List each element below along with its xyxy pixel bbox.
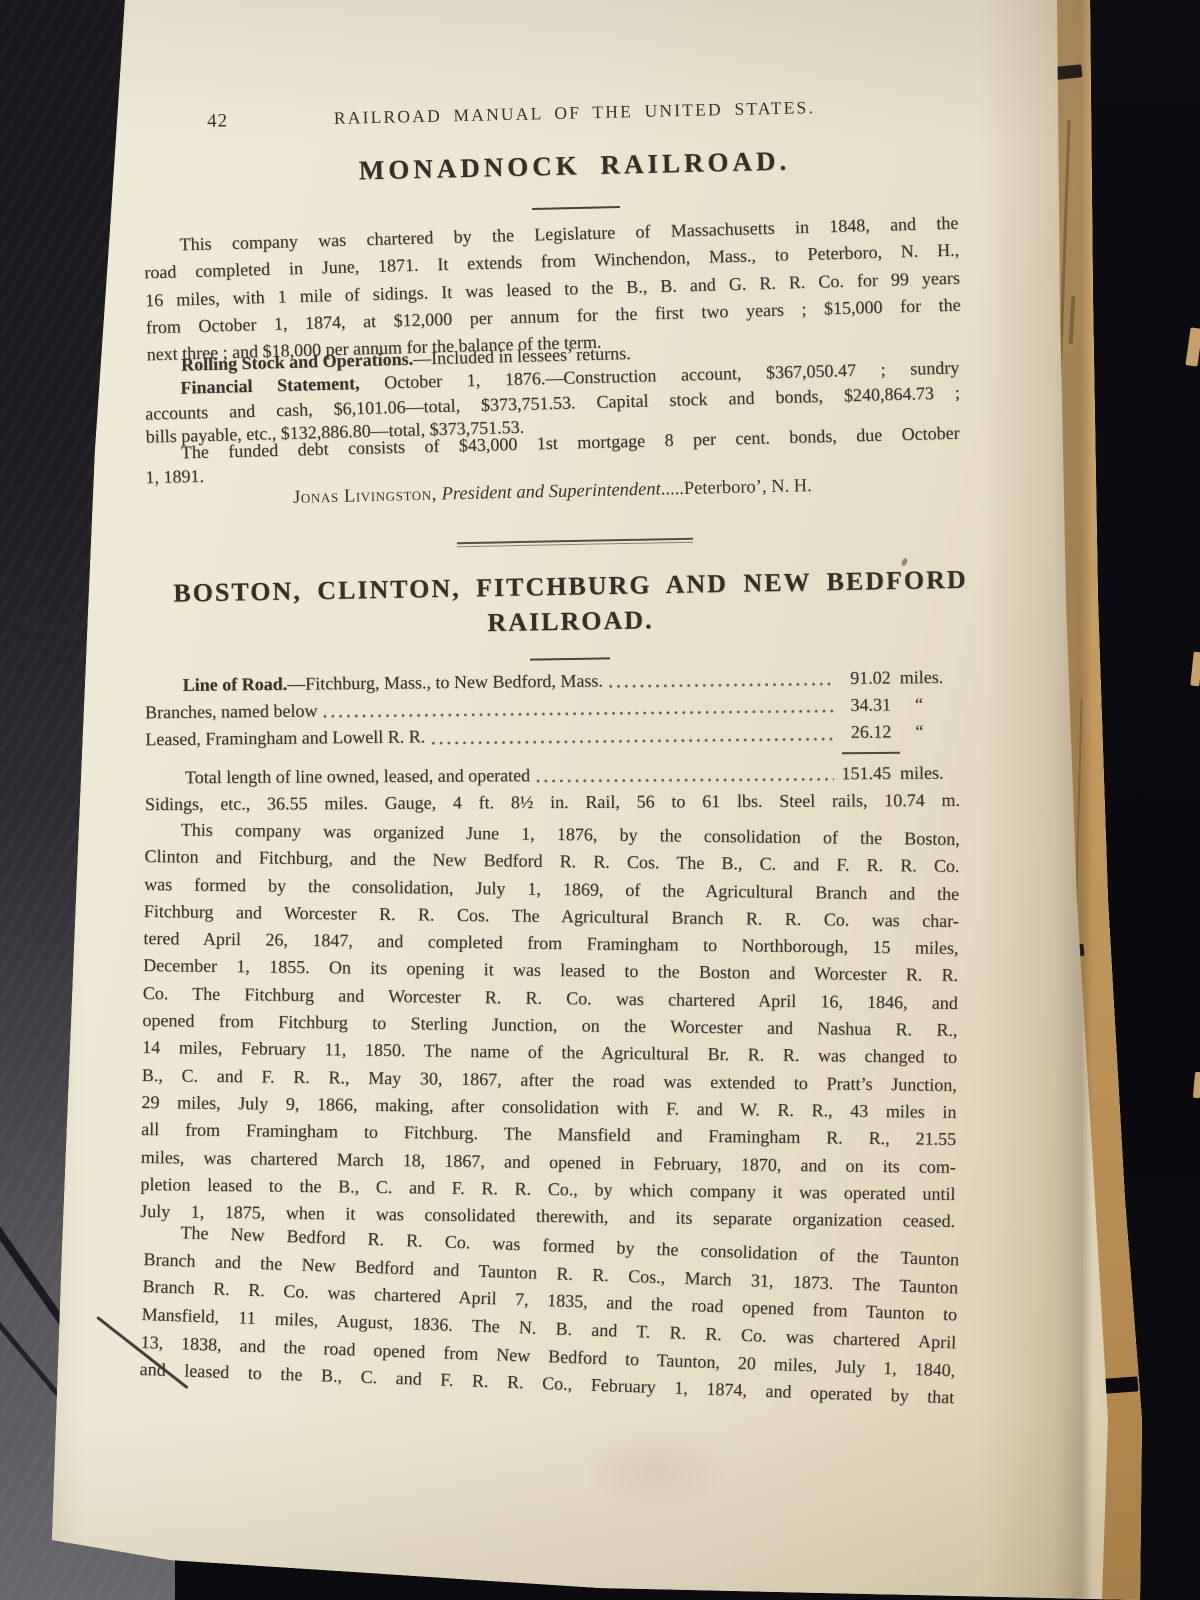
fore-edge-notch bbox=[1047, 64, 1082, 80]
mileage-value: 91.02 bbox=[837, 664, 891, 692]
mileage-unit: miles. bbox=[900, 664, 960, 692]
page-edge-sliver bbox=[1193, 1072, 1200, 1099]
officer-place: Peterboro’, N. H. bbox=[684, 476, 812, 499]
page-header: 42 RAILROAD MANUAL OF THE UNITED STATES. bbox=[145, 94, 960, 133]
total-value: 151.45 bbox=[837, 760, 891, 788]
line-of-road-table: Line of Road.—Fitchburg, Mass., to New B… bbox=[145, 664, 961, 754]
running-title: RAILROAD MANUAL OF THE UNITED STATES. bbox=[145, 94, 960, 133]
section-divider bbox=[457, 538, 693, 548]
dot-leader bbox=[430, 733, 834, 747]
history-paragraph-2: The New Bedford R. R. Co. was formed by … bbox=[139, 1218, 959, 1412]
mileage-unit: “ bbox=[900, 718, 960, 746]
subtitle-rule bbox=[530, 657, 610, 660]
book-photograph: 42 RAILROAD MANUAL OF THE UNITED STATES.… bbox=[0, 0, 1200, 1600]
fore-edge-notch bbox=[1092, 1376, 1139, 1394]
mileage-unit: “ bbox=[900, 691, 960, 719]
fore-edge-notch bbox=[1054, 944, 1085, 959]
dot-leader bbox=[322, 705, 834, 720]
mileage-value: 26.12 bbox=[837, 719, 891, 747]
book-page: 42 RAILROAD MANUAL OF THE UNITED STATES.… bbox=[40, 0, 1160, 1600]
sidings-line: Sidings, etc., 36.55 miles. Gauge, 4 ft.… bbox=[145, 787, 960, 819]
fore-edge-crack bbox=[1069, 296, 1076, 344]
mileage-value: 34.31 bbox=[837, 692, 891, 720]
officer-title: President and Superintendent bbox=[441, 480, 661, 505]
book-fore-edge bbox=[1040, 0, 1150, 1600]
history-paragraph-1: This company was organized June 1, 1876,… bbox=[140, 816, 960, 1235]
monadnock-title: MONADNOCK RAILROAD. bbox=[145, 142, 960, 191]
page-number: 42 bbox=[207, 110, 228, 132]
title-rule bbox=[532, 206, 620, 210]
officer-dots: ..... bbox=[661, 479, 685, 500]
page-edge-sliver bbox=[1190, 652, 1200, 687]
dot-leader bbox=[608, 678, 834, 690]
total-unit: miles. bbox=[900, 760, 960, 788]
sum-rule bbox=[842, 752, 900, 754]
page-content: 42 RAILROAD MANUAL OF THE UNITED STATES.… bbox=[145, 0, 960, 1600]
dot-leader bbox=[535, 773, 834, 785]
fore-edge-crack bbox=[1056, 120, 1070, 440]
officer-name: Jonas Livingston, bbox=[293, 485, 437, 508]
page-edge-sliver bbox=[1185, 327, 1200, 366]
